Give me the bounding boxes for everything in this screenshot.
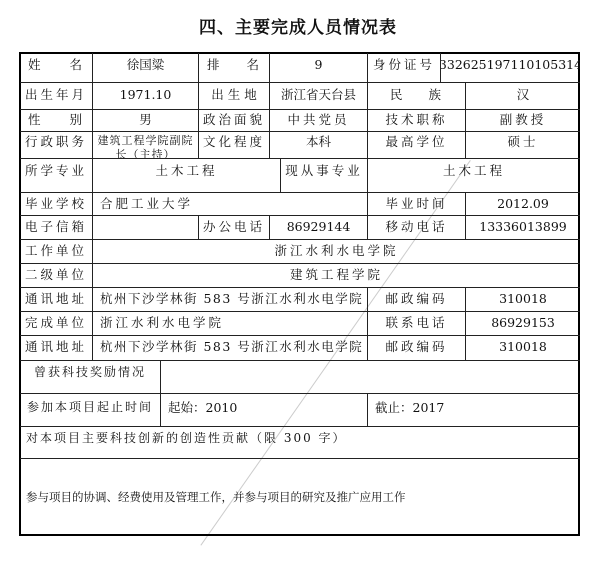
contact-phone-label: 联系电话: [368, 312, 465, 335]
gender-label: 性 别: [20, 110, 92, 131]
mobile-label: 移动电话: [368, 216, 465, 239]
completion-unit-value: 浙江水利水电学院: [93, 312, 367, 335]
school-label: 毕业学校: [20, 193, 92, 215]
position-label: 行政职务: [20, 132, 92, 158]
email-label: 电子信箱: [20, 216, 92, 239]
work-unit-label: 工作单位: [20, 240, 92, 263]
start-value: 起始：2010: [161, 394, 367, 426]
gender-label-char2: 别: [69, 112, 82, 128]
rank-label-char1: 排: [207, 57, 220, 73]
id-label: 身份证号: [368, 53, 440, 82]
work-unit-value: 浙江水利水电学院: [93, 240, 580, 263]
contribution-label: 对本项目主要科技创新的创造性贡献（限 300 字）: [20, 427, 580, 458]
education-label: 文化程度: [199, 132, 269, 158]
major-value: 土木工程: [93, 159, 280, 192]
sub-unit-value: 建筑工程学院: [93, 264, 580, 287]
gender-label-char1: 性: [28, 112, 41, 128]
postcode-value: 310018: [466, 288, 580, 311]
current-major-value: 土木工程: [368, 159, 580, 192]
rank-label: 排 名: [199, 53, 269, 82]
grad-time-label: 毕业时间: [368, 193, 465, 215]
birthplace-value: 浙江省天台县: [270, 83, 367, 109]
rank-label-char2: 名: [246, 57, 259, 73]
school-value: 合肥工业大学: [93, 193, 367, 215]
awards-label: 曾获科技奖励情况: [20, 361, 160, 393]
completion-unit-label: 完成单位: [20, 312, 92, 335]
email-value: [93, 216, 198, 239]
ethnic-label-char2: 族: [428, 87, 441, 103]
rank-value: 9: [270, 53, 367, 82]
end-value: 截止：2017: [368, 394, 580, 426]
ethnic-value: 汉: [466, 83, 580, 109]
degree-label: 最高学位: [368, 132, 465, 158]
major-label: 所学专业: [20, 159, 92, 192]
office-phone-label: 办公电话: [199, 216, 269, 239]
address2-value: 杭州下沙学林街 583 号浙江水利水电学院: [93, 336, 367, 360]
tech-title-value: 副教授: [466, 110, 580, 131]
postcode2-value: 310018: [466, 336, 580, 360]
page-title: 四、主要完成人员情况表: [0, 13, 596, 38]
address2-label: 通讯地址: [20, 336, 92, 360]
name-label: 姓 名: [20, 53, 92, 82]
name-label-char2: 名: [69, 57, 82, 73]
ethnic-label: 民 族: [368, 83, 465, 109]
education-value: 本科: [270, 132, 367, 158]
name-value: 徐国粱: [93, 53, 198, 82]
ethnic-label-char1: 民: [390, 87, 403, 103]
address-label: 通讯地址: [20, 288, 92, 311]
name-label-char1: 姓: [28, 57, 41, 73]
gender-value: 男: [93, 110, 198, 131]
current-major-label: 现从事专业: [281, 159, 367, 192]
postcode2-label: 邮政编码: [368, 336, 465, 360]
contribution-value: 参与项目的协调、经费使用及管理工作，并参与项目的研究及推广应用工作: [20, 459, 580, 535]
sub-unit-label: 二级单位: [20, 264, 92, 287]
contact-phone-value: 86929153: [466, 312, 580, 335]
birthplace-label: 出 生 地: [199, 83, 269, 109]
degree-value: 硕士: [466, 132, 580, 158]
birth-value: 1971.10: [93, 83, 198, 109]
position-value: 建筑工程学院副院长（主持）: [95, 132, 196, 158]
birth-label: 出生年月: [20, 83, 92, 109]
tech-title-label: 技术职称: [368, 110, 465, 131]
awards-value: [161, 361, 580, 393]
political-label: 政治面貌: [199, 110, 269, 131]
grad-time-value: 2012.09: [466, 193, 580, 215]
postcode-label: 邮政编码: [368, 288, 465, 311]
address-value: 杭州下沙学林街 583 号浙江水利水电学院: [93, 288, 367, 311]
mobile-value: 13336013899: [466, 216, 580, 239]
id-value: 332625197110105314: [441, 53, 580, 82]
period-label: 参加本项目起止时间: [20, 394, 160, 426]
political-value: 中共党员: [270, 110, 367, 131]
office-phone-value: 86929144: [270, 216, 367, 239]
